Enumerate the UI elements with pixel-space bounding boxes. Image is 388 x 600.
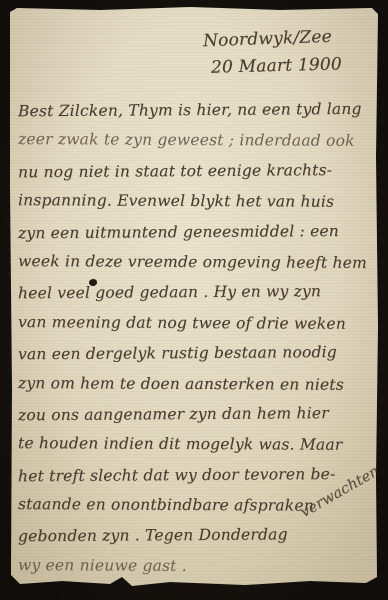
letter-line: inspanning. Evenwel blykt het van huis [18,185,374,217]
letter-line: zyn om hem te doen aansterken en niets [18,368,374,400]
letter-line: Best Zilcken, Thym is hier, na een tyd l… [18,94,374,127]
letter-line: te houden indien dit mogelyk was. Maar [18,428,374,460]
letter-line: nu nog niet in staat tot eenige krachts- [18,155,374,188]
letter-line: week in deze vreemde omgeving heeft hem [18,246,374,278]
ink-blot [89,279,97,286]
letter-line: gebonden zyn . Tegen Donderdag [18,519,374,552]
letter-line: zou ons aangenamer zyn dan hem hier [18,398,374,431]
letter-page: Noordwyk/Zee 20 Maart 1900 Best Zilcken,… [10,7,378,590]
letter-line: zeer zwak te zyn geweest ; inderdaad ook [18,124,374,156]
letter-line: van meening dat nog twee of drie weken [18,307,374,339]
letter-line: het treft slecht dat wy door tevoren be- [18,458,374,491]
letter-date: 20 Maart 1900 [211,54,342,77]
letter-line: heel veel goed gedaan . Hy en wy zyn [18,276,374,309]
letter-line: zyn een uitmuntend geneesmiddel : een [18,215,374,248]
photo-background: Noordwyk/Zee 20 Maart 1900 Best Zilcken,… [0,0,388,600]
letter-place: Noordwyk/Zee [203,27,332,51]
letter-line: van een dergelyk rustig bestaan noodig [18,337,374,370]
letter-line: wy een nieuwe gast . [18,550,374,582]
